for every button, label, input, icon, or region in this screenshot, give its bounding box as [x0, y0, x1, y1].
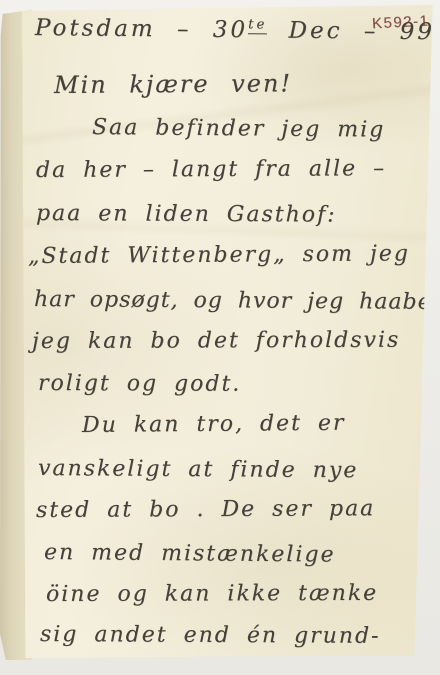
- letter-line-2: da her – langt fra alle –: [36, 156, 386, 183]
- letter-line-10: sted at bo . De ser paa: [36, 496, 375, 523]
- letter-line-11: en med mistænkelige: [44, 540, 336, 568]
- letter-line-5: har opsøgt, og hvor jeg haaber,: [34, 287, 440, 315]
- letter-line-7: roligt og godt.: [38, 371, 241, 397]
- scan-background: K592-1 Potsdam – 30te Dec – 99. Min kjær…: [0, 0, 440, 675]
- letter-line-4: „Stadt Wittenberg„ som jeg: [28, 241, 410, 269]
- dateline-suffix: Dec – 99.: [267, 17, 440, 45]
- dateline: Potsdam – 30te Dec – 99.: [35, 15, 440, 45]
- letter-line-12: öine og kan ikke tænke: [46, 581, 378, 607]
- letter-line-1: Saa befinder jeg mig: [92, 115, 385, 143]
- dateline-superscript: te: [248, 18, 267, 35]
- letter-line-8: Du kan tro, det er: [82, 411, 346, 438]
- dateline-prefix: Potsdam – 30: [35, 15, 248, 43]
- salutation: Min kjære ven!: [54, 69, 292, 99]
- letter-line-9: vanskeligt at finde nye: [38, 456, 359, 483]
- letter-line-6: jeg kan bo det forholdsvis: [32, 328, 400, 354]
- letter-line-3: paa en liden Gasthof:: [36, 201, 337, 228]
- letter-page: K592-1 Potsdam – 30te Dec – 99. Min kjær…: [20, 5, 436, 658]
- letter-line-13: sig andet end én grund-: [40, 622, 381, 649]
